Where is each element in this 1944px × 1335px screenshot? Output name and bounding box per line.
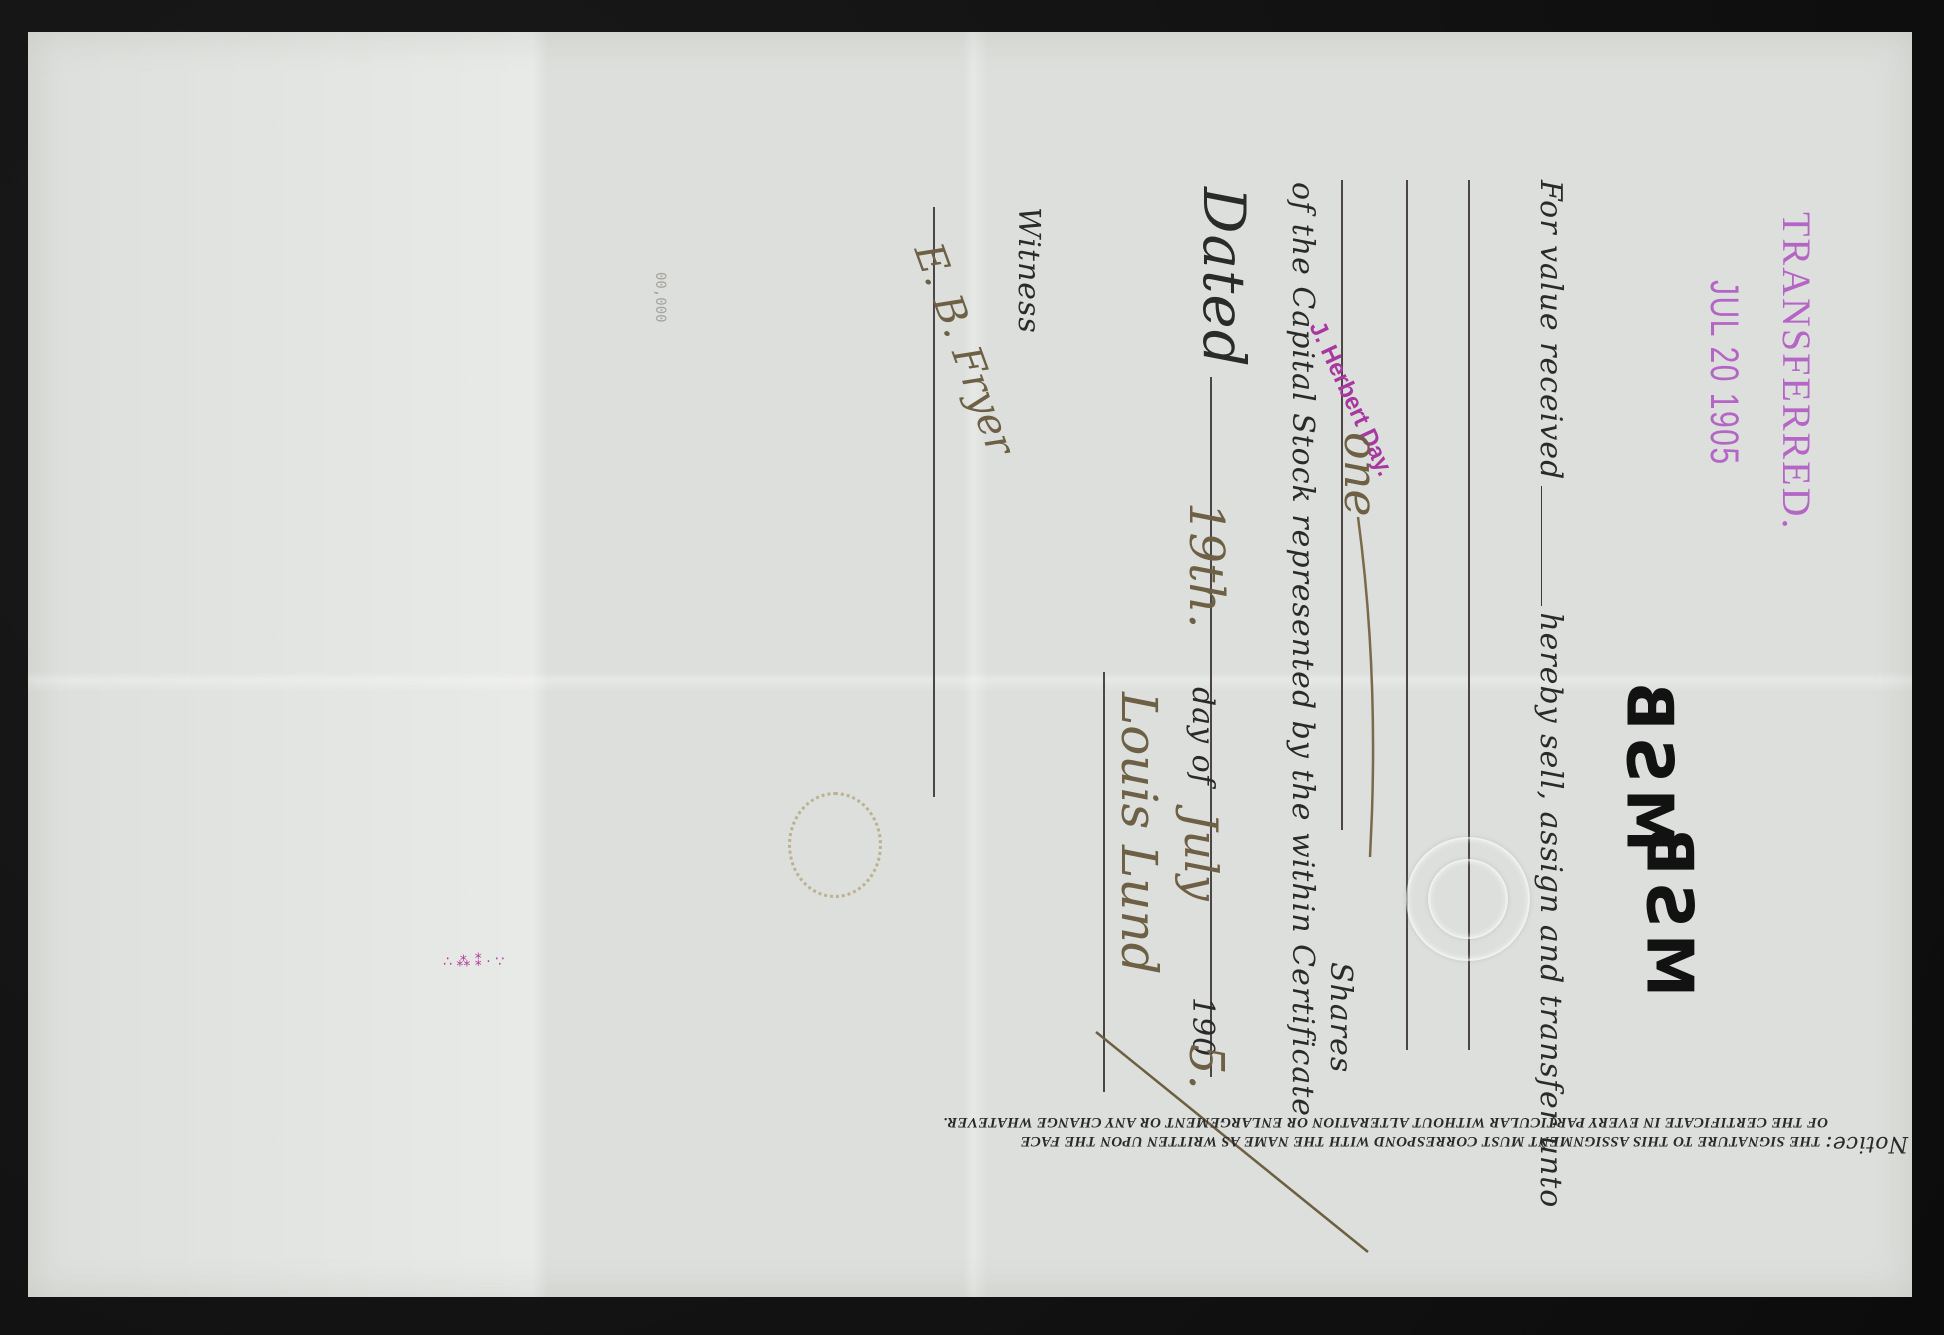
embossed-seal-inner-ring (1428, 859, 1508, 939)
transfer-date-stamp: JUL 20 1905 (1701, 280, 1746, 466)
notice-line-1: THE SIGNATURE TO THIS ASSIGNMENT MUST CO… (1020, 1133, 1820, 1149)
assignor-signature: Louis Lund (1110, 692, 1168, 975)
for-value-received-label: For value received (1533, 180, 1568, 480)
notice-block: Notice: THE SIGNATURE TO THIS ASSIGNMENT… (798, 1112, 1908, 1153)
faint-serial-number: 00,000 (652, 272, 668, 323)
ink-stain-ring (788, 792, 882, 898)
transferred-stamp: TRANSFERRED. (1773, 212, 1820, 531)
day-handwritten: 19th. (1178, 502, 1234, 629)
witness-label: Witness (1011, 207, 1046, 334)
stray-stamp-marks: ∴ ⁂ ⁑ · ∵ (443, 954, 504, 970)
certificate-paper: TRANSFERRED. JUL 20 1905 For value recei… (28, 32, 1912, 1297)
shares-quantity-flourish (1328, 512, 1388, 872)
capital-stock-line: of the Capital Stock represented by the … (1285, 182, 1320, 1117)
month-handwritten: July (1174, 812, 1228, 901)
shares-quantity-handwritten: one (1334, 432, 1388, 517)
rule-line-shares (1406, 180, 1408, 1050)
notice-lead: Notice: (1825, 1131, 1908, 1156)
dated-label: Dated (1190, 187, 1258, 368)
perforation-mark-msb-2: MSB (1631, 821, 1705, 998)
day-of-label: day of (1185, 687, 1220, 786)
embossed-corporate-seal (1406, 837, 1530, 961)
line-for-value-received: For value receivedhereby sell, assign an… (1533, 180, 1568, 1208)
witness-signature: E. B. Fryer (905, 237, 1024, 461)
notice-line-2: OF THE CERTIFICATE IN EVERY PARTICULAR W… (943, 1114, 1828, 1130)
blank-assignor (1541, 486, 1542, 606)
